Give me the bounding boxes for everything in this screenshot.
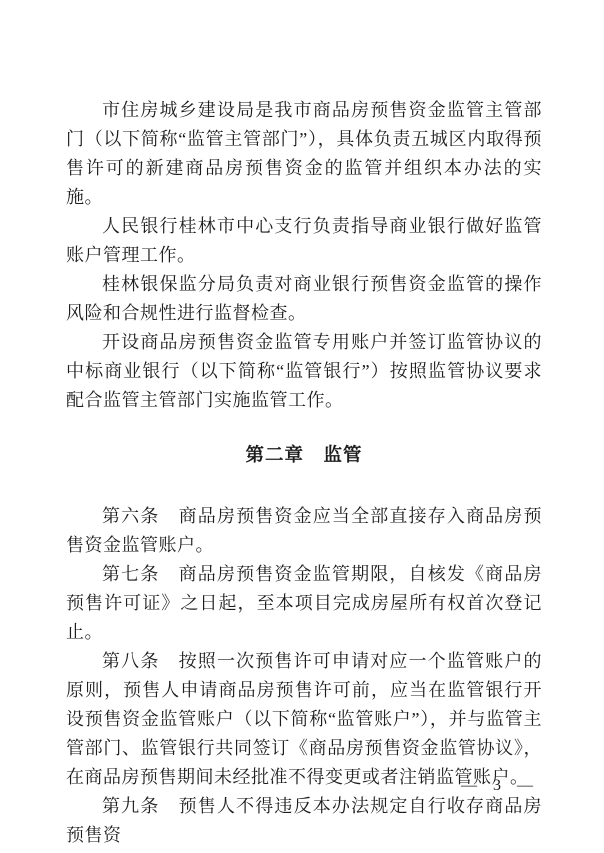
paragraph-article-9: 第九条 预售人不得违反本办法规定自行收存商品房预售资 [66, 792, 542, 850]
paragraph-article-8: 第八条 按照一次预售许可申请对应一个监管账户的原则，预售人申请商品房预售许可前，… [66, 647, 542, 792]
paragraph-peoples-bank: 人民银行桂林市中心支行负责指导商业银行做好监管账户管理工作。 [66, 212, 542, 270]
paragraph-supervising-bank: 开设商品房预售资金监管专用账户并签订监管协议的中标商业银行（以下简称“监管银行”… [66, 328, 542, 415]
paragraph-banking-regulator: 桂林银保监分局负责对商业银行预售资金监管的操作风险和合规性进行监督检查。 [66, 270, 542, 328]
chapter-heading: 第二章 监管 [66, 442, 542, 471]
paragraph-article-6: 第六条 商品房预售资金应当全部直接存入商品房预售资金监管账户。 [66, 502, 542, 560]
page-number: — 3 — [461, 776, 534, 796]
paragraph-article-7: 第七条 商品房预售资金监管期限，自核发《商品房预售许可证》之日起，至本项目完成房… [66, 560, 542, 647]
document-body: 市住房城乡建设局是我市商品房预售资金监管主管部门（以下简称“监管主管部门”），具… [66, 96, 542, 850]
paragraph-supervisor-department: 市住房城乡建设局是我市商品房预售资金监管主管部门（以下简称“监管主管部门”），具… [66, 96, 542, 212]
document-page: 市住房城乡建设局是我市商品房预售资金监管主管部门（以下简称“监管主管部门”），具… [0, 0, 604, 853]
